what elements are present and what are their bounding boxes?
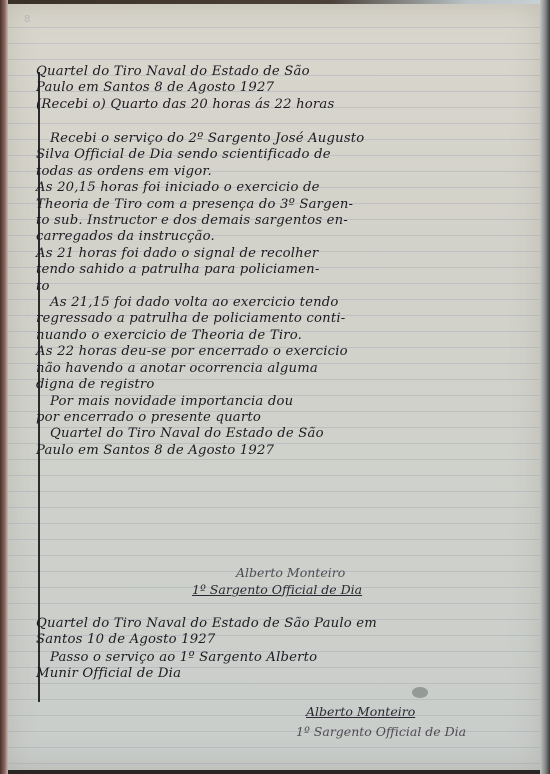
body-line: Por mais novidade importancia dou	[36, 394, 536, 410]
body-line: to sub. Instructor e dos demais sargento…	[36, 213, 536, 229]
page-left-edge	[0, 0, 8, 774]
entry-2-signature: Alberto Monteiro	[306, 704, 415, 719]
corner-mark: 8	[24, 14, 30, 25]
entry-2-heading: Quartel do Tiro Naval do Estado de São P…	[36, 616, 536, 649]
body-line: digna de registro	[36, 377, 536, 393]
body-line: Munir Official de Dia	[36, 666, 536, 682]
logbook-page: 8 Quartel do Tiro Naval do Estado de São…	[6, 4, 542, 770]
signature-title-text: 1º Sargento Official de Dia	[192, 582, 362, 597]
body-line: Passo o serviço ao 1º Sargento Alberto	[36, 650, 536, 666]
body-line: to	[36, 279, 536, 295]
body-line: nuando o exercicio de Theoria de Tiro.	[36, 328, 536, 344]
entry-1-signature-title: 1º Sargento Official de Dia	[192, 582, 362, 597]
heading-line: Paulo em Santos 8 de Agosto 1927	[36, 80, 536, 96]
body-line: regressado a patrulha de policiamento co…	[36, 311, 536, 327]
body-line: Theoria de Tiro com a presença do 3º Sar…	[36, 197, 536, 213]
page-right-edge	[540, 0, 550, 774]
body-line: Silva Official de Dia sendo scientificad…	[36, 147, 536, 163]
body-line: todas as ordens em vigor.	[36, 164, 536, 180]
heading-line: Santos 10 de Agosto 1927	[36, 632, 536, 648]
body-line: por encerrado o presente quarto	[36, 410, 536, 426]
body-line: carregados da instrucção.	[36, 229, 536, 245]
body-line: não havendo a anotar ocorrencia alguma	[36, 361, 536, 377]
body-line: As 20,15 horas foi iniciado o exercicio …	[36, 180, 536, 196]
entry-1-body: Recebi o serviço do 2º Sargento José Aug…	[36, 131, 536, 459]
entry-2-body: Passo o serviço ao 1º Sargento Alberto M…	[36, 650, 536, 683]
entry-1-signature: Alberto Monteiro	[236, 565, 345, 580]
body-line: Quartel do Tiro Naval do Estado de São	[36, 426, 536, 442]
body-line: As 21,15 foi dado volta ao exercicio ten…	[36, 295, 536, 311]
ink-stain	[412, 687, 428, 698]
body-line: As 21 horas foi dado o signal de recolhe…	[36, 246, 536, 262]
signature-name-text: Alberto Monteiro	[306, 704, 415, 719]
entry-1-heading: Quartel do Tiro Naval do Estado de São P…	[36, 64, 536, 113]
body-line: Paulo em Santos 8 de Agosto 1927	[36, 443, 536, 459]
heading-line: (Recebi o) Quarto das 20 horas ás 22 hor…	[36, 97, 536, 113]
body-line: As 22 horas deu-se por encerrado o exerc…	[36, 344, 536, 360]
heading-line: Quartel do Tiro Naval do Estado de São P…	[36, 616, 536, 632]
body-line: Recebi o serviço do 2º Sargento José Aug…	[36, 131, 536, 147]
body-line: tendo sahido a patrulha para policiamen-	[36, 262, 536, 278]
entry-2-signature-title: 1º Sargento Official de Dia	[296, 724, 466, 739]
heading-line: Quartel do Tiro Naval do Estado de São	[36, 64, 536, 80]
